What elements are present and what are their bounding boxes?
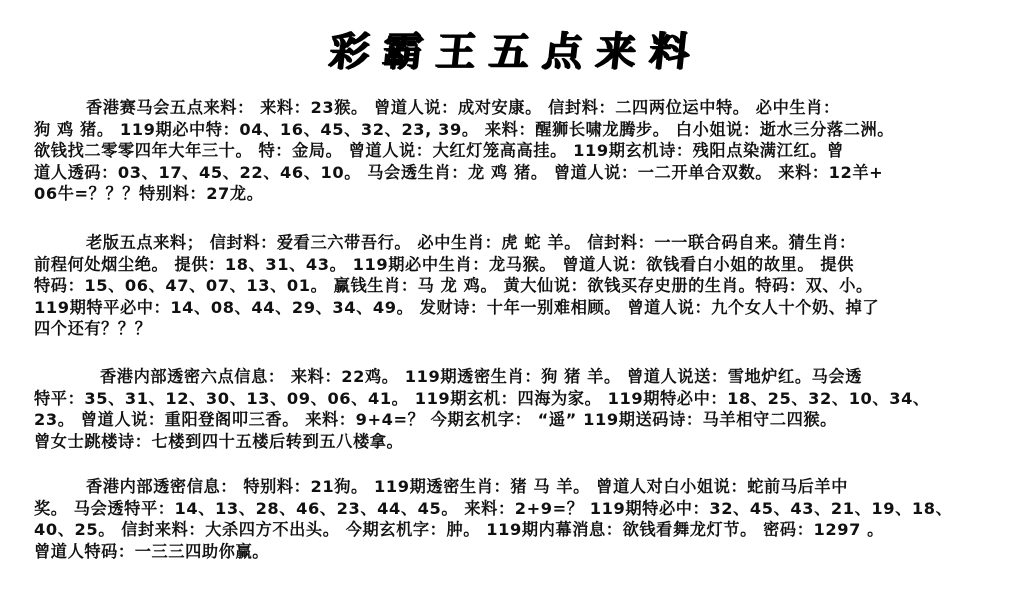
text-line: 前程何处烟尘绝。 提供：18、31、43。 119期必中生肖：龙马猴。 曾道人说… bbox=[34, 254, 994, 276]
text-line: 香港内部透密六点信息： 来料：22鸡。 119期透密生肖：狗 猪 羊。 曾道人说… bbox=[34, 366, 994, 388]
text-line: 06牛=？？？特别料：27龙。 bbox=[34, 183, 994, 205]
title-char: 王 bbox=[434, 20, 480, 77]
section-hk-jockey-five-points: 香港赛马会五点来料： 来料：23猴。 曾道人说：成对安康。 信封料：二四两位运中… bbox=[34, 97, 994, 205]
section-hk-internal-six-points: 香港内部透密六点信息： 来料：22鸡。 119期透密生肖：狗 猪 羊。 曾道人说… bbox=[34, 366, 994, 452]
text-line: 狗 鸡 猪。 119期必中特：04、16、45、32、23, 39。 来料：醒狮… bbox=[34, 119, 994, 141]
text-line: 老版五点来料； 信封料：爱看三六带吾行。 必中生肖：虎 蛇 羊。 信封料：一一联… bbox=[34, 232, 994, 254]
title-char: 五 bbox=[487, 20, 533, 77]
text-line: 欲钱找二零零四年大年三十。 特：金局。 曾道人说：大红灯笼高高挂。 119期玄机… bbox=[34, 140, 994, 162]
page-title: 彩 霸 王 五 点 来 料 bbox=[327, 22, 692, 74]
title-char: 霸 bbox=[380, 20, 426, 77]
title-char: 点 bbox=[540, 20, 586, 77]
text-line: 119期特平必中：14、08、44、29、34、49。 发财诗：十年一别难相顾。… bbox=[34, 297, 994, 319]
text-line: 40、25。 信封来料：大杀四方不出头。 今期玄机字：肿。 119期内幕消息：欲… bbox=[34, 519, 994, 541]
text-line: 特平：35、31、12、30、13、09、06、41。 119期玄机：四海为家。… bbox=[34, 388, 994, 410]
text-line: 香港内部透密信息： 特别料：21狗。 119期透密生肖：猪 马 羊。 曾道人对白… bbox=[34, 476, 994, 498]
watermark-strip-top bbox=[605, 74, 925, 80]
title-char: 彩 bbox=[327, 20, 373, 77]
text-line: 23。 曾道人说：重阳登阁叩三香。 来料：9+4=？ 今期玄机字： “遥” 11… bbox=[34, 409, 994, 431]
text-line: 奖。 马会透特平：14、13、28、46、23、44、45。 来料：2+9=？ … bbox=[34, 498, 994, 520]
section-old-version-five-points: 老版五点来料； 信封料：爱看三六带吾行。 必中生肖：虎 蛇 羊。 信封料：一一联… bbox=[34, 232, 994, 340]
title-char: 来 bbox=[594, 20, 640, 77]
text-line: 道人透码：03、17、45、22、46、10。 马会透生肖：龙 鸡 猪。 曾道人… bbox=[34, 162, 994, 184]
watermark-strip-bottom bbox=[392, 556, 712, 562]
text-line: 四个还有？？？ bbox=[34, 318, 994, 340]
text-line: 特码：15、06、47、07、13、01。 赢钱生肖：马 龙 鸡。 黄大仙说：欲… bbox=[34, 275, 994, 297]
text-line: 香港赛马会五点来料： 来料：23猴。 曾道人说：成对安康。 信封料：二四两位运中… bbox=[34, 97, 994, 119]
section-hk-internal-info: 香港内部透密信息： 特别料：21狗。 119期透密生肖：猪 马 羊。 曾道人对白… bbox=[34, 476, 994, 562]
text-line: 曾女士跳楼诗：七楼到四十五楼后转到五八楼拿。 bbox=[34, 431, 994, 453]
title-char: 料 bbox=[647, 20, 693, 77]
